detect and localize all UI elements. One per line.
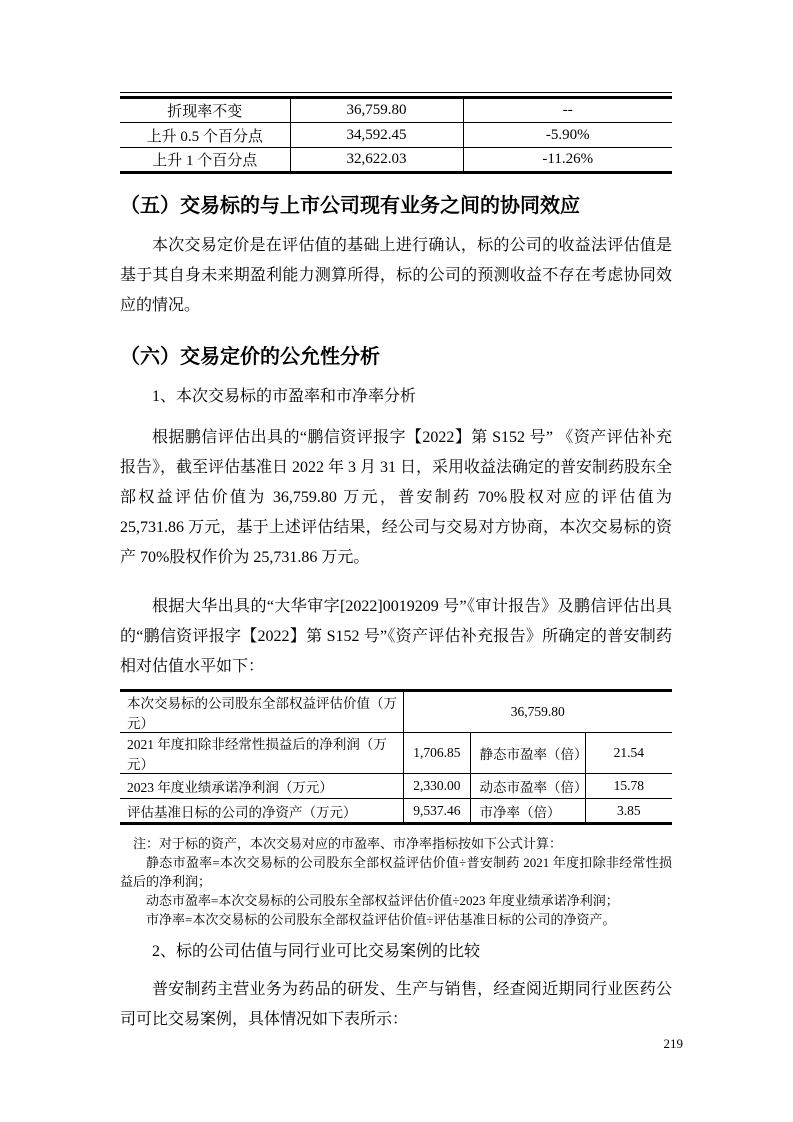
table-row: 2021 年度扣除非经常性损益后的净利润（万元） 1,706.85 静态市盈率（… (120, 733, 672, 774)
table-cell: 评估基准日标的公司的净资产（万元） (120, 799, 403, 824)
section-6-paragraph-1: 根据鹏信评估出具的“鹏信资评报字【2022】第 S152 号” 《资产评估补充报… (120, 423, 672, 573)
table-cell: -- (463, 98, 672, 123)
subsection-1-heading: 1、本次交易标的市盈率和市净率分析 (120, 386, 672, 408)
page-number: 219 (664, 1036, 684, 1052)
note-line: 注：对于标的资产，本次交易对应的市盈率、市净率指标按如下公式计算： (120, 834, 672, 853)
sensitivity-table: 折现率不变 36,759.80 -- 上升 0.5 个百分点 34,592.45… (120, 96, 672, 174)
table-cell: 2023 年度业绩承诺净利润（万元） (120, 774, 403, 799)
table-cell: 9,537.46 (403, 799, 470, 824)
note-line: 动态市盈率=本次交易标的公司股东全部权益评估价值÷2023 年度业绩承诺净利润； (120, 891, 672, 910)
table-row: 评估基准日标的公司的净资产（万元） 9,537.46 市净率（倍） 3.85 (120, 799, 672, 824)
table-cell: 1,706.85 (403, 733, 470, 774)
document-page: 折现率不变 36,759.80 -- 上升 0.5 个百分点 34,592.45… (0, 0, 793, 1122)
table-cell: 3.85 (585, 799, 672, 824)
note-line: 市净率=本次交易标的公司股东全部权益评估价值÷评估基准日标的公司的净资产。 (120, 910, 672, 929)
table-cell: -11.26% (463, 148, 672, 173)
section-6-paragraph-3: 普安制药主营业务为药品的研发、生产与销售，经查阅近期同行业医药公司可比交易案例，… (120, 975, 672, 1035)
table-row: 折现率不变 36,759.80 -- (120, 98, 672, 123)
table-cell: 36,759.80 (290, 98, 463, 123)
table-cell: -5.90% (463, 123, 672, 148)
subsection-2-heading: 2、标的公司估值与同行业可比交易案例的比较 (120, 941, 672, 963)
table-cell: 折现率不变 (120, 98, 290, 123)
table-cell: 市净率（倍） (470, 799, 585, 824)
table-cell: 36,759.80 (403, 691, 672, 733)
table-cell: 本次交易标的公司股东全部权益评估价值（万元） (120, 691, 403, 733)
section-6-heading: （六）交易定价的公允性分析 (120, 344, 672, 371)
note-line: 静态市盈率=本次交易标的公司股东全部权益评估价值÷普安制药 2021 年度扣除非… (120, 853, 672, 891)
section-5-paragraph: 本次交易定价是在评估值的基础上进行确认，标的公司的收益法评估值是基于其自身未来期… (120, 231, 672, 321)
sensitivity-table-wrapper: 折现率不变 36,759.80 -- 上升 0.5 个百分点 34,592.45… (120, 92, 672, 174)
table-cell: 15.78 (585, 774, 672, 799)
table-cell: 动态市盈率（倍） (470, 774, 585, 799)
table-cell: 2,330.00 (403, 774, 470, 799)
page-content: 折现率不变 36,759.80 -- 上升 0.5 个百分点 34,592.45… (120, 92, 672, 1035)
table-cell: 上升 0.5 个百分点 (120, 123, 290, 148)
table-cell: 2021 年度扣除非经常性损益后的净利润（万元） (120, 733, 403, 774)
table-row: 本次交易标的公司股东全部权益评估价值（万元） 36,759.80 (120, 691, 672, 733)
section-6-paragraph-2: 根据大华出具的“大华审字[2022]0019209 号”《审计报告》及鹏信评估出… (120, 592, 672, 682)
table-row: 上升 0.5 个百分点 34,592.45 -5.90% (120, 123, 672, 148)
table-cell: 21.54 (585, 733, 672, 774)
table-row: 上升 1 个百分点 32,622.03 -11.26% (120, 148, 672, 173)
table-cell: 静态市盈率（倍） (470, 733, 585, 774)
table-cell: 上升 1 个百分点 (120, 148, 290, 173)
table-cell: 32,622.03 (290, 148, 463, 173)
section-5-heading: （五）交易标的与上市公司现有业务之间的协同效应 (120, 193, 672, 220)
valuation-notes: 注：对于标的资产，本次交易对应的市盈率、市净率指标按如下公式计算： 静态市盈率=… (120, 834, 672, 929)
table-row: 2023 年度业绩承诺净利润（万元） 2,330.00 动态市盈率（倍） 15.… (120, 774, 672, 799)
valuation-table: 本次交易标的公司股东全部权益评估价值（万元） 36,759.80 2021 年度… (120, 689, 672, 825)
table-cell: 34,592.45 (290, 123, 463, 148)
